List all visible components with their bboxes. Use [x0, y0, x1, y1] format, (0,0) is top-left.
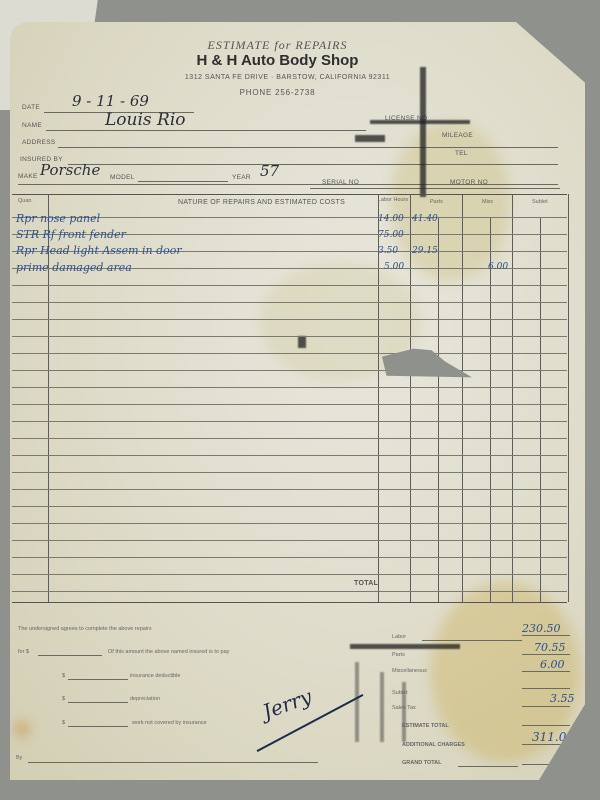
col-misc: Misc — [482, 199, 493, 205]
row-labor[interactable]: 75.00 — [378, 230, 404, 240]
summary-parts-value[interactable]: 70.55 — [534, 641, 566, 654]
col-sublet: Sublet — [532, 199, 548, 205]
address-label: ADDRESS — [22, 139, 56, 146]
row-misc[interactable]: 6.00 — [488, 262, 508, 272]
terms-deductible: insurance deductible — [130, 673, 180, 679]
summary-labor-label: Labor — [392, 634, 406, 640]
table-rule — [12, 336, 567, 337]
summary-sublet-label: Sublet — [392, 690, 408, 696]
make-label: MAKE — [18, 173, 38, 180]
summary-additional-label: ADDITIONAL CHARGES — [402, 742, 465, 748]
by-label: By — [16, 755, 22, 761]
terms-of-amount: Of this amount the above named insured i… — [108, 649, 229, 655]
table-rule — [12, 591, 567, 592]
year-label: YEAR — [232, 174, 251, 181]
summary-estimate-total-label: ESTIMATE TOTAL — [402, 723, 449, 729]
year-value[interactable]: 57 — [260, 162, 279, 180]
summary-misc-value[interactable]: 6.00 — [540, 658, 565, 671]
row-labor[interactable]: 3.50 — [378, 246, 398, 256]
table-rule — [12, 557, 567, 558]
signature: Jerry — [259, 684, 314, 724]
motor-label: MOTOR NO — [450, 179, 488, 186]
model-label: MODEL — [110, 174, 135, 181]
table-rule — [12, 285, 567, 286]
row-labor[interactable]: 14.00 — [378, 214, 404, 224]
row-parts[interactable]: 29.15 — [412, 246, 438, 256]
terms-for-label: for $ — [18, 649, 29, 655]
table-rule — [12, 438, 567, 439]
table-rule — [12, 302, 567, 303]
table-rule — [12, 540, 567, 541]
terms-not-covered: work not covered by insurance — [132, 720, 207, 726]
terms-agree: The undersigned agrees to complete the a… — [18, 626, 152, 632]
table-rule — [12, 523, 567, 524]
table-rule — [12, 319, 567, 320]
summary-salestax-label: Sales Tax — [392, 705, 416, 711]
row-parts[interactable]: 41.40 — [412, 214, 438, 224]
terms-depreciation: depreciation — [130, 696, 160, 702]
row-description[interactable]: Rpr Head light Assem in door — [16, 244, 182, 257]
table-rule — [12, 421, 567, 422]
shop-address: 1312 SANTA FE DRIVE · BARSTOW, CALIFORNI… — [0, 74, 575, 81]
col-labor: Labor Hours — [376, 197, 410, 203]
total-label: TOTAL — [354, 580, 378, 587]
table-rule — [12, 574, 567, 575]
table-rule — [12, 370, 567, 371]
row-description[interactable]: Rpr nose panel — [16, 212, 100, 225]
col-parts: Parts — [430, 199, 443, 205]
row-labor[interactable]: 5.00 — [384, 262, 404, 272]
make-value[interactable]: Porsche — [40, 161, 100, 179]
summary-salestax-value[interactable]: 3.55 — [550, 692, 575, 705]
form-title: ESTIMATE for REPAIRS — [0, 38, 565, 53]
tel-label: TEL — [455, 150, 468, 157]
summary-labor-value[interactable]: 230.50 — [522, 622, 561, 635]
table-rule — [12, 455, 567, 456]
serial-label: SERIAL NO — [322, 179, 359, 186]
summary-misc-label: Miscellaneous — [392, 668, 427, 674]
shop-name: H & H Auto Body Shop — [0, 52, 565, 69]
table-rule — [12, 353, 567, 354]
summary-additional-value[interactable]: 311.00 — [532, 730, 574, 744]
table-rule — [12, 506, 567, 507]
name-value[interactable]: Louis Rio — [105, 110, 186, 130]
table-rule — [12, 404, 567, 405]
table-rule — [12, 472, 567, 473]
table-rule — [12, 387, 567, 388]
date-label: DATE — [22, 104, 40, 111]
row-description[interactable]: prime damaged area — [16, 261, 132, 274]
summary-grand-total-label: GRAND TOTAL — [402, 760, 442, 766]
name-label: NAME — [22, 122, 42, 129]
estimate-form: ESTIMATE for REPAIRS H & H Auto Body Sho… — [10, 22, 585, 780]
summary-parts-label: Parts — [392, 652, 405, 658]
date-value[interactable]: 9 - 11 - 69 — [72, 92, 149, 110]
col-quan: Quan — [18, 198, 31, 204]
mileage-label: MILEAGE — [442, 132, 473, 139]
table-rule — [12, 489, 567, 490]
col-nature: NATURE OF REPAIRS AND ESTIMATED COSTS — [178, 199, 345, 206]
row-description[interactable]: STR Rf front fender — [16, 228, 126, 241]
